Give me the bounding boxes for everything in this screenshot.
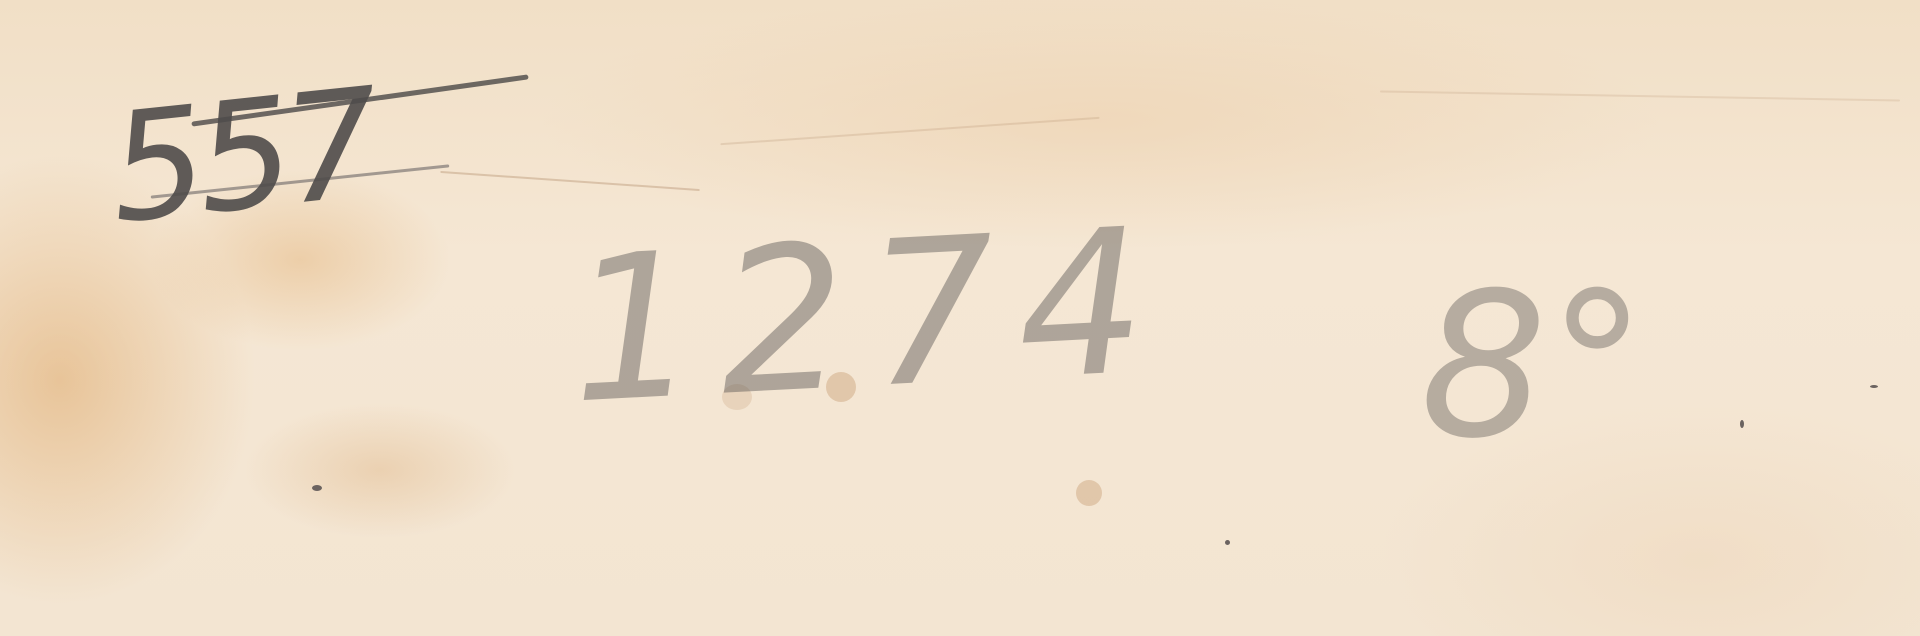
- inscription-top-left: 557: [102, 57, 381, 257]
- foxing-spot: [1076, 480, 1102, 506]
- inscription-center: 1274: [564, 185, 1172, 449]
- graphite-speck: [1225, 540, 1230, 545]
- graphite-speck: [1870, 385, 1878, 388]
- graphite-speck: [312, 485, 322, 491]
- graphite-speck: [1740, 420, 1744, 428]
- inscription-right: 8°: [1420, 250, 1647, 483]
